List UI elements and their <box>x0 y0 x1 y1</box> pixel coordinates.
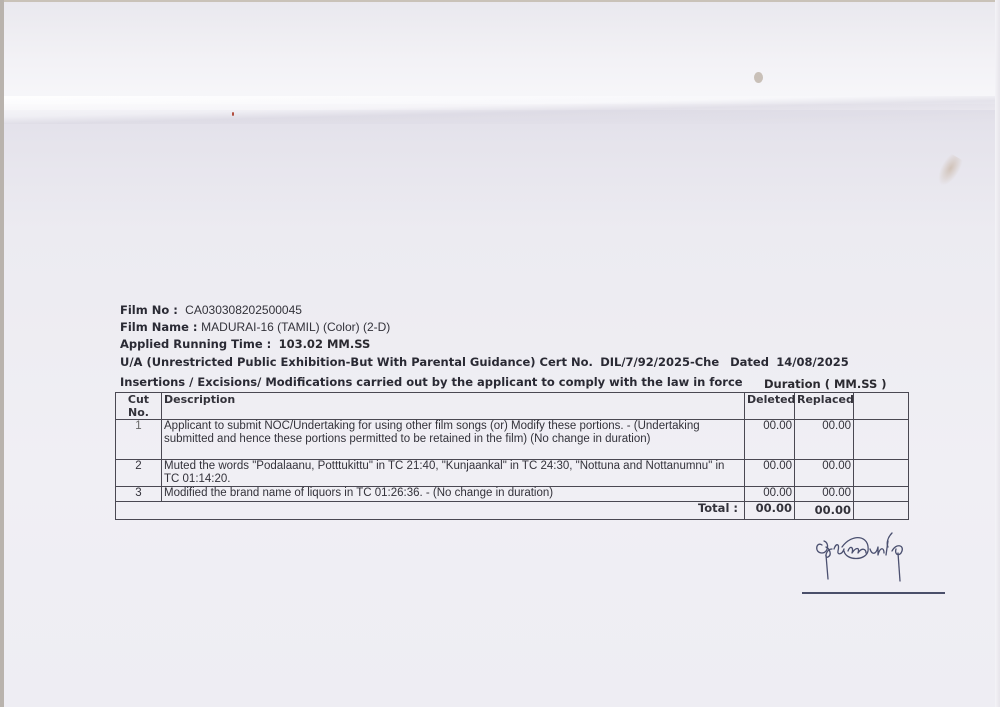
running-time-value: 103.02 MM.SS <box>279 337 371 351</box>
cut-description: Muted the words "Podalaanu, Potttukittu"… <box>162 460 745 487</box>
page-left-edge <box>0 0 4 707</box>
dated-label: Dated <box>730 355 769 369</box>
running-time: Applied Running Time : 103.02 MM.SS <box>120 337 370 351</box>
header-cut-no: Cut No. <box>116 393 162 420</box>
total-replaced: 00.00 <box>795 502 854 520</box>
total-deleted: 00.00 <box>745 502 795 520</box>
table-total-row: Total : 00.00 00.00 <box>116 502 909 520</box>
film-name: Film Name : MADURAI-16 (TAMIL) (Color) (… <box>120 320 390 334</box>
insertions-heading: Insertions / Excisions/ Modifications ca… <box>120 375 743 389</box>
header-description: Description <box>162 393 745 420</box>
signature-icon <box>812 527 932 587</box>
film-number-value: CA030308202500045 <box>185 303 302 317</box>
paper-speck <box>232 112 234 116</box>
paper-fold <box>0 96 1000 124</box>
cut-number: 3 <box>116 487 162 502</box>
certificate-number: DIL/7/92/2025-Che <box>600 355 719 369</box>
signature-line <box>802 592 945 594</box>
table-row: 3 Modified the brand name of liquors in … <box>116 487 909 502</box>
cut-blank <box>854 460 909 487</box>
page-right-edge <box>995 0 1000 707</box>
header-replaced: Replaced <box>795 393 854 420</box>
cut-number: 2 <box>116 460 162 487</box>
cut-replaced: 00.00 <box>795 460 854 487</box>
header-blank <box>854 393 909 420</box>
table-row: 1 Applicant to submit NOC/Undertaking fo… <box>116 420 909 460</box>
cut-deleted: 00.00 <box>745 460 795 487</box>
cut-replaced: 00.00 <box>795 487 854 502</box>
table-row: 2 Muted the words "Podalaanu, Potttukitt… <box>116 460 909 487</box>
cut-blank <box>854 487 909 502</box>
film-number: Film No : CA030308202500045 <box>120 303 302 317</box>
table-header-row: Cut No. Description Deleted Replaced <box>116 393 909 420</box>
cut-blank <box>854 420 909 460</box>
dated-value: 14/08/2025 <box>776 355 848 369</box>
certificate-type: U/A (Unrestricted Public Exhibition-But … <box>120 355 593 369</box>
film-name-value: MADURAI-16 (TAMIL) (Color) (2-D) <box>201 320 390 334</box>
header-deleted: Deleted <box>745 393 795 420</box>
paper-speck <box>754 72 763 83</box>
cut-description: Modified the brand name of liquors in TC… <box>162 487 745 502</box>
certificate-line: U/A (Unrestricted Public Exhibition-But … <box>120 355 849 369</box>
total-label: Total : <box>116 502 745 520</box>
duration-heading: Duration ( MM.SS ) <box>764 377 887 391</box>
film-name-label: Film Name : <box>120 320 198 334</box>
cut-deleted: 00.00 <box>745 420 795 460</box>
film-number-label: Film No : <box>120 303 178 317</box>
cut-description: Applicant to submit NOC/Undertaking for … <box>162 420 745 460</box>
cut-number: 1 <box>116 420 162 460</box>
cut-replaced: 00.00 <box>795 420 854 460</box>
cut-deleted: 00.00 <box>745 487 795 502</box>
insertions-heading-text: Insertions / Excisions/ Modifications ca… <box>120 375 743 389</box>
page-upper-flap <box>0 0 1000 104</box>
running-time-label: Applied Running Time : <box>120 337 271 351</box>
page-top-edge <box>0 0 1000 2</box>
modifications-table: Cut No. Description Deleted Replaced 1 A… <box>115 392 909 520</box>
total-blank <box>854 502 909 520</box>
